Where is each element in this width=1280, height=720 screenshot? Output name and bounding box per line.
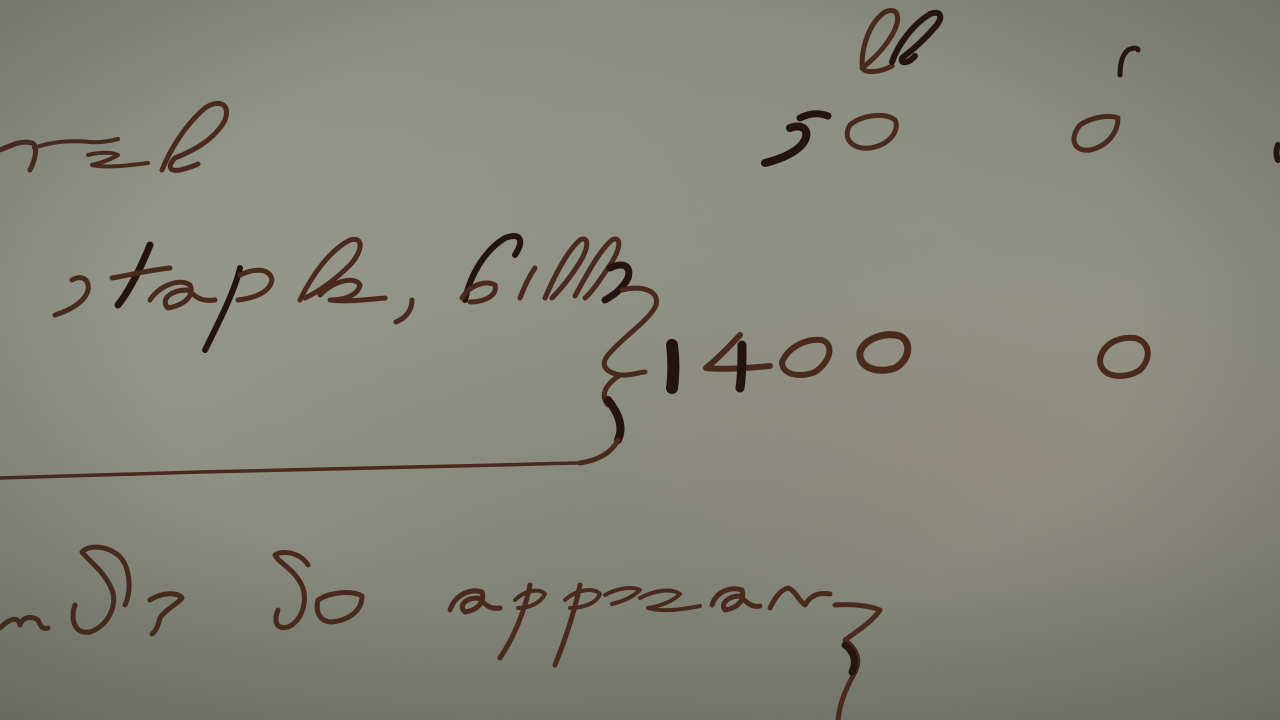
edge-ink-mark	[1277, 145, 1279, 160]
handwriting-entry-1400-shillings-0	[1100, 334, 1156, 376]
handwriting-s-header	[1120, 48, 1138, 75]
handwriting-lb-header	[862, 10, 940, 71]
handwriting-nds-do-appear	[0, 547, 880, 720]
handwriting-rel	[0, 103, 227, 170]
handwriting-entry-1400	[672, 335, 908, 388]
manuscript-page: …rel staple, bills …nds do appear lb s 5…	[0, 0, 1280, 720]
handwriting-ink-layer	[0, 0, 1280, 720]
handwriting-entry-50	[765, 114, 896, 163]
handwriting-entry-50-shillings-0	[1074, 112, 1120, 150]
handwriting-staple-bills	[55, 236, 657, 355]
handwriting-brace-and-rule	[0, 355, 645, 478]
